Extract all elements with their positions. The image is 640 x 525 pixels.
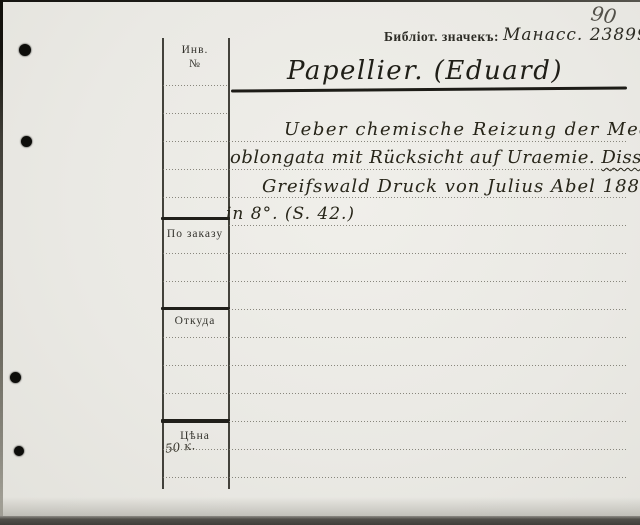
rule-line <box>229 309 627 310</box>
rule-line <box>229 393 627 394</box>
rule-line <box>163 281 227 282</box>
dissertation-abbrev: Diss. <box>601 147 640 168</box>
rule-line <box>229 253 627 254</box>
rule-line <box>163 85 227 86</box>
rule-line <box>229 365 627 366</box>
rule-line <box>163 393 227 394</box>
rule-line <box>163 477 227 478</box>
rule-line <box>229 197 627 198</box>
section-divider <box>161 419 230 423</box>
scan-edge-bottom <box>0 516 640 525</box>
title-line-1: Ueber chemische Reizung der Medulla <box>284 119 640 140</box>
sidebar-label-inventory: Инв. <box>162 44 228 56</box>
author-underline <box>231 86 627 92</box>
rule-line <box>229 421 627 422</box>
author-name: Papellier. (Eduard) <box>287 56 563 86</box>
punch-hole <box>10 372 21 383</box>
rule-line <box>163 337 227 338</box>
rule-line <box>229 477 627 478</box>
format-line: in 8°. (S. 42.) <box>226 204 355 224</box>
section-divider <box>161 217 230 220</box>
rule-line <box>163 365 227 366</box>
scan-shadow-bottom <box>0 497 640 516</box>
punch-hole <box>21 136 32 147</box>
rule-line <box>229 449 627 450</box>
rule-line <box>229 281 627 282</box>
sidebar-label-inventory-no: № <box>162 58 228 70</box>
scan-edge-top <box>0 0 640 2</box>
scan-edge-left <box>0 0 3 525</box>
stamp-value: Манасс. 23899. <box>503 25 640 45</box>
rule-line <box>229 337 627 338</box>
rule-line <box>163 197 227 198</box>
rule-line <box>229 169 627 170</box>
punch-hole <box>14 446 24 456</box>
rule-line <box>163 169 227 170</box>
scanned-catalog-card: { "header": { "corner_number": "90", "st… <box>0 0 640 525</box>
sidebar-label-origin: Откуда <box>162 315 228 327</box>
stamp-label: Библіот. значекъ: <box>384 29 499 45</box>
punch-hole <box>19 44 31 56</box>
rule-line <box>229 141 627 142</box>
imprint-line: Greifswald Druck von Julius Abel 1885 <box>262 176 640 197</box>
rule-line <box>163 141 227 142</box>
sidebar-label-by-order: По заказу <box>162 228 228 240</box>
rule-line <box>163 113 227 114</box>
title-line-2-text: oblongata mit Rücksicht auf Uraemie. <box>230 147 601 168</box>
price-value: 50 к. <box>164 438 196 456</box>
rule-line <box>163 253 227 254</box>
section-divider <box>161 307 230 310</box>
rule-line <box>229 225 627 226</box>
title-line-2: oblongata mit Rücksicht auf Uraemie. Dis… <box>230 147 640 168</box>
